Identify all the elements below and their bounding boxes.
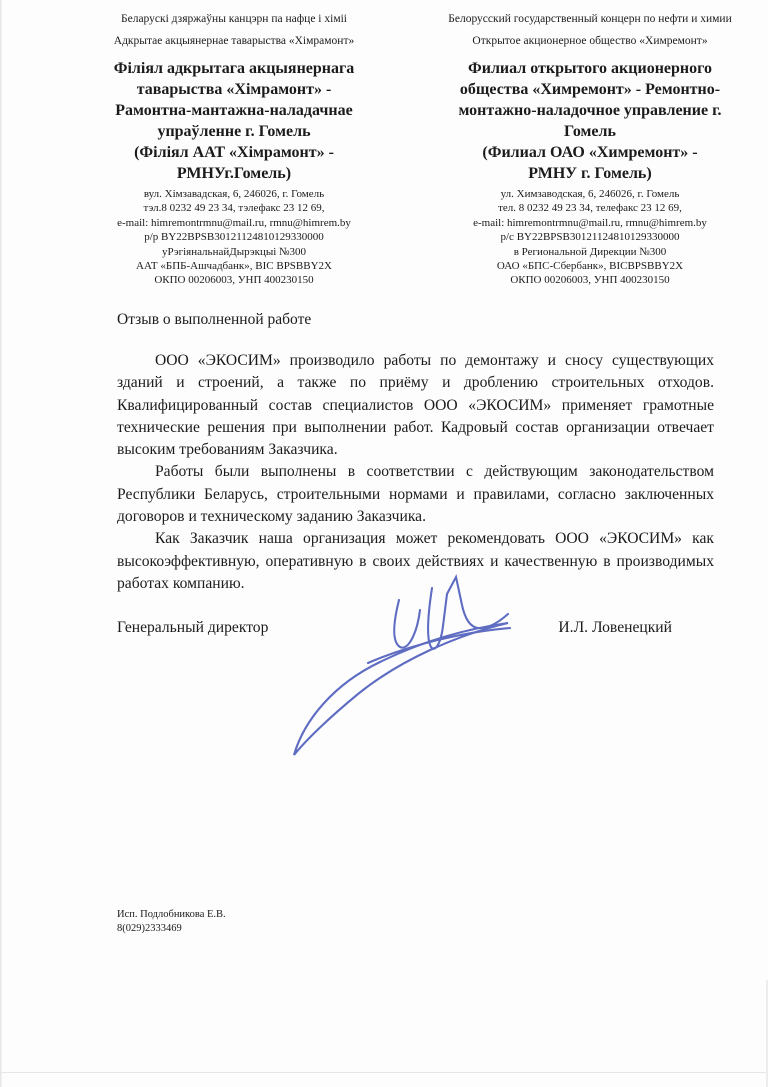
right-address-line: ОАО «БПС-Сбербанк», BICBPSBBY2X <box>420 259 760 273</box>
left-branch-title-line: РМНУг.Гомель) <box>64 163 404 184</box>
executor-phone: 8(029)2333469 <box>117 922 226 936</box>
body-paragraph: Работы были выполнены в соответствии с д… <box>117 461 714 528</box>
right-concern-name: Белорусский государственный концерн по н… <box>420 12 760 26</box>
scan-edge-bottom <box>0 1072 768 1073</box>
left-company-name: Адкрытае акцыянернае таварыства «Хімрамо… <box>64 34 404 48</box>
left-branch-title-line: (Філіял ААТ «Хімрамонт» - <box>64 142 404 163</box>
right-company-name: Открытое акционерное общество «Химремонт… <box>420 34 760 48</box>
right-address-line: e-mail: himremontrmnu@mail.ru, rmnu@himr… <box>420 216 760 230</box>
right-address-line: ОКПО 00206003, УНП 400230150 <box>420 273 760 287</box>
body-paragraph: Как Заказчик наша организация может реко… <box>117 528 714 595</box>
right-address-block: ул. Химзаводская, 6, 246026, г. Гомельте… <box>420 187 760 288</box>
right-branch-title-line: Гомель <box>420 121 760 142</box>
letter-body: ООО «ЭКОСИМ» производило работы по демон… <box>117 350 714 595</box>
right-branch-title-line: Филиал открытого акционерного <box>420 58 760 79</box>
left-address-line: тэл.8 0232 49 23 34, тэлефакс 23 12 69, <box>64 201 404 215</box>
left-address-block: вул. Хімзавадская, 6, 246026, г. Гомельт… <box>64 187 404 288</box>
handwritten-signature <box>272 572 512 762</box>
letterhead: Беларускі дзяржаўны канцэрн па нафце і х… <box>64 12 760 288</box>
right-branch-title-line: (Филиал ОАО «Химремонт» - <box>420 142 760 163</box>
executor-name: Исп. Подлобникова Е.В. <box>117 908 226 922</box>
right-branch-title-line: РМНУ г. Гомель) <box>420 163 760 184</box>
left-branch-title-line: упраўленне г. Гомель <box>64 121 404 142</box>
left-concern-name: Беларускі дзяржаўны канцэрн па нафце і х… <box>64 12 404 26</box>
body-paragraph: ООО «ЭКОСИМ» производило работы по демон… <box>117 350 714 461</box>
signer-name: И.Л. Ловенецкий <box>558 619 672 637</box>
right-address-line: в Региональной Дирекции №300 <box>420 245 760 259</box>
signature-row: Генеральный директор И.Л. Ловенецкий <box>117 619 714 637</box>
right-branch-title-line: монтажно-наладочное управление г. <box>420 100 760 121</box>
scanned-letter-page: Беларускі дзяржаўны канцэрн па нафце і х… <box>0 0 768 1087</box>
left-address-line: уРэгіянальнайДырэкцыі №300 <box>64 245 404 259</box>
left-address-line: р/р BY22BPSB30121124810129330000 <box>64 230 404 244</box>
letterhead-left-column: Беларускі дзяржаўны канцэрн па нафце і х… <box>64 12 404 288</box>
document-subject: Отзыв о выполненной работе <box>117 311 311 329</box>
left-address-line: вул. Хімзавадская, 6, 246026, г. Гомель <box>64 187 404 201</box>
signature-loop <box>294 623 508 755</box>
left-address-line: e-mail: himremontrmnu@mail.ru, rmnu@himr… <box>64 216 404 230</box>
left-branch-title: Філіял адкрытага акцыянернагатаварыства … <box>64 58 404 184</box>
right-branch-title-line: общества «Химремонт» - Ремонтно- <box>420 79 760 100</box>
right-address-line: р/с BY22BPSB30121124810129330000 <box>420 230 760 244</box>
letterhead-right-column: Белорусский государственный концерн по н… <box>420 12 760 288</box>
signer-position: Генеральный директор <box>117 619 268 637</box>
executor-block: Исп. Подлобникова Е.В. 8(029)2333469 <box>117 908 226 935</box>
left-branch-title-line: таварыства «Хімрамонт» - <box>64 79 404 100</box>
scan-edge-left <box>0 0 2 1087</box>
left-address-line: ОКПО 00206003, УНП 400230150 <box>64 273 404 287</box>
right-address-line: тел. 8 0232 49 23 34, телефакс 23 12 69, <box>420 201 760 215</box>
right-branch-title: Филиал открытого акционерногообщества «Х… <box>420 58 760 184</box>
left-branch-title-line: Філіял адкрытага акцыянернага <box>64 58 404 79</box>
right-address-line: ул. Химзаводская, 6, 246026, г. Гомель <box>420 187 760 201</box>
left-branch-title-line: Рамонтна-мантажна-наладачнае <box>64 100 404 121</box>
left-address-line: ААТ «БПБ-Ашчадбанк», BIC BPSBBY2X <box>64 259 404 273</box>
